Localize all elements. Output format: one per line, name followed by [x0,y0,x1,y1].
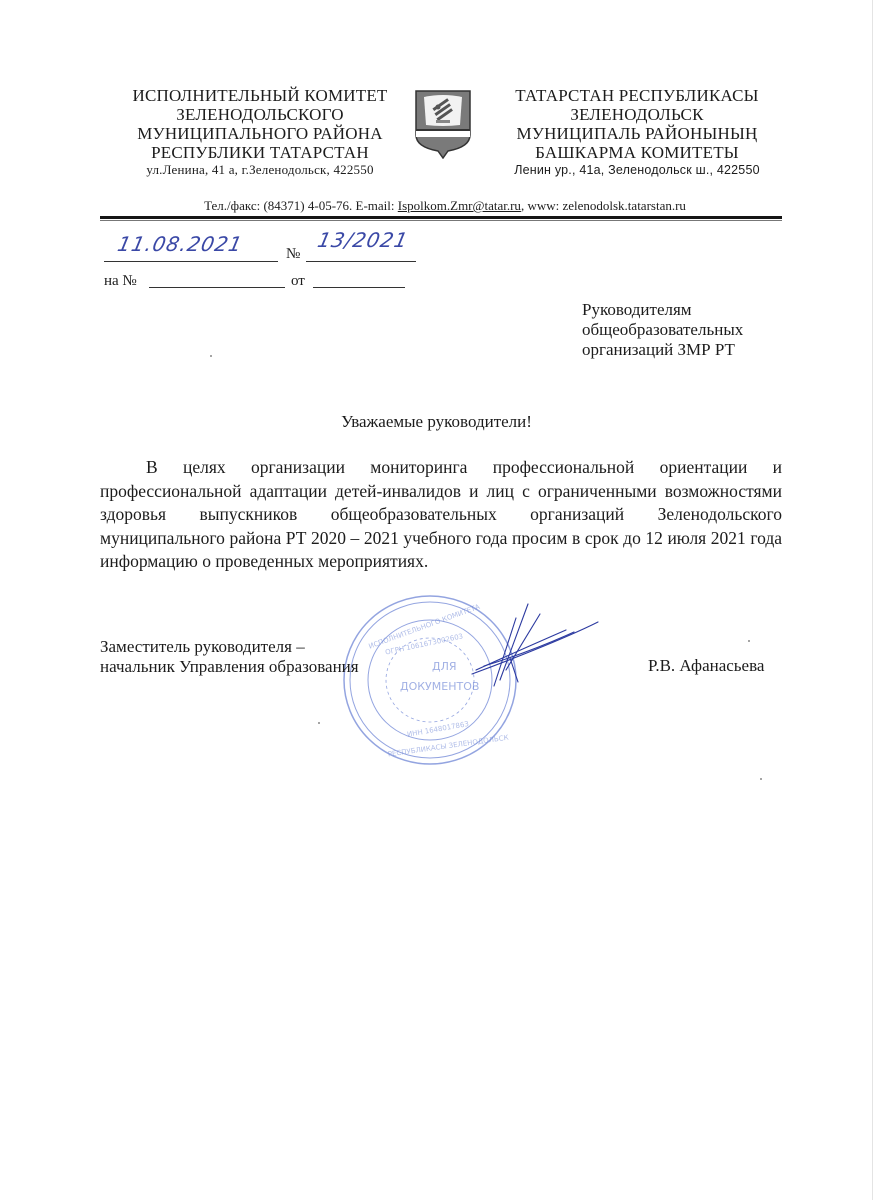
svg-text:ДЛЯ: ДЛЯ [432,660,457,673]
date-field-line [104,261,278,262]
org-name-line: ЗЕЛЕНОДОЛЬСКОГО [110,105,410,124]
reply-date-line [313,287,405,288]
letter-body: В целях организации мониторинга професси… [100,456,782,574]
greeting: Уважаемые руководители! [0,412,873,432]
reply-number-line [149,287,285,288]
addressee-line: Руководителям [582,300,743,320]
svg-text:ИНН 1648017863: ИНН 1648017863 [406,720,469,739]
org-address: ул.Ленина, 41 а, г.Зеленодольск, 422550 [110,162,410,178]
signatory-title-line: начальник Управления образования [100,657,359,677]
coat-of-arms-icon [414,89,472,159]
org-name-line: РЕСПУБЛИКИ ТАТАРСТАН [110,143,410,162]
contact-phone: Тел./факс: (84371) 4-05-76. E-mail: [204,198,398,213]
signatory-title-line: Заместитель руководителя – [100,637,359,657]
number-label: № [286,245,300,263]
org-name-line: ЗЕЛЕНОДОЛЬСК [497,105,777,124]
org-address: Ленин ур., 41а, Зеленодольск ш., 422550 [497,162,777,178]
letterhead-divider [100,216,782,219]
letterhead-divider-thin [100,220,782,221]
reply-to-label: на № [104,272,137,290]
org-name-line: БАШКАРМА КОМИТЕТЫ [497,143,777,162]
scan-speck [210,355,212,357]
letterhead-right: ТАТАРСТАН РЕСПУБЛИКАСЫ ЗЕЛЕНОДОЛЬСК МУНИ… [497,86,777,178]
org-name-line: ТАТАРСТАН РЕСПУБЛИКАСЫ [497,86,777,105]
contact-website: , www: zelenodolsk.tatarstan.ru [521,198,686,213]
addressee-block: Руководителям общеобразовательных органи… [582,300,743,360]
email-link[interactable]: Ispolkom.Zmr@tatar.ru [398,198,521,213]
addressee-line: общеобразовательных [582,320,743,340]
letterhead-left: ИСПОЛНИТЕЛЬНЫЙ КОМИТЕТ ЗЕЛЕНОДОЛЬСКОГО М… [110,86,410,178]
number-handwritten: 13/2021 [315,228,410,252]
signatory-title: Заместитель руководителя – начальник Упр… [100,637,359,677]
handwritten-signature [470,600,600,690]
number-field-line [306,261,416,262]
scan-speck [748,640,750,642]
stamp-text: ДОКУМЕНТОВ [400,680,479,693]
addressee-line: организаций ЗМР РТ [582,340,743,360]
scan-speck [318,722,320,724]
from-label: от [291,272,305,290]
contact-line: Тел./факс: (84371) 4-05-76. E-mail: Ispo… [100,198,790,214]
org-name-line: МУНИЦИПАЛЬНОГО РАЙОНА [110,124,410,143]
scan-speck [760,778,762,780]
date-handwritten: 11.08.2021 [115,232,245,256]
org-name-line: ИСПОЛНИТЕЛЬНЫЙ КОМИТЕТ [110,86,410,105]
signatory-name: Р.В. Афанасьева [648,656,764,676]
org-name-line: МУНИЦИПАЛЬ РАЙОНЫНЫҢ [497,124,777,143]
